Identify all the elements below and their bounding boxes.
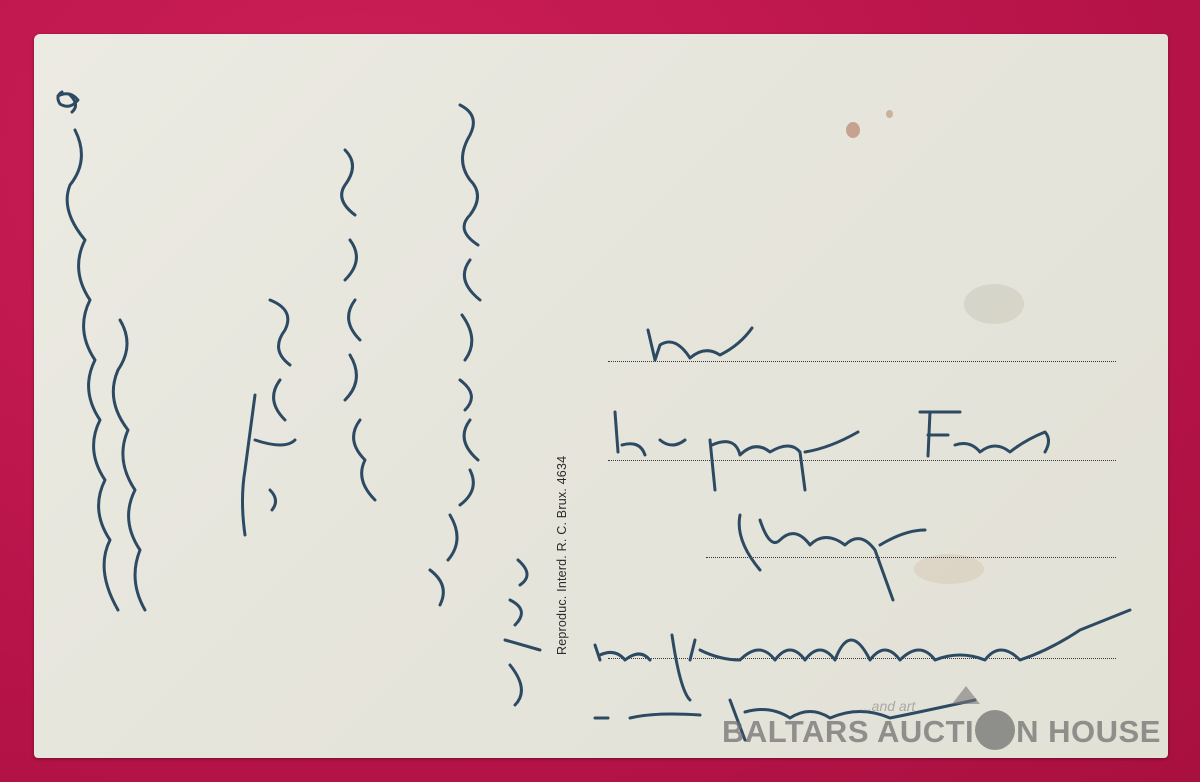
- address-handwriting: [595, 328, 1130, 740]
- date-handwriting: [505, 560, 540, 705]
- watermark-text-left: BALTARS AUCTI: [722, 714, 974, 749]
- watermark: BALTARS AUCTIN HOUSE: [722, 710, 1161, 750]
- message-handwriting: [67, 95, 480, 610]
- watermark-logo-icon: [975, 710, 1015, 750]
- handwriting-ink: [0, 0, 1200, 782]
- watermark-crown-icon: [952, 686, 980, 704]
- watermark-text-right: N HOUSE: [1016, 714, 1161, 749]
